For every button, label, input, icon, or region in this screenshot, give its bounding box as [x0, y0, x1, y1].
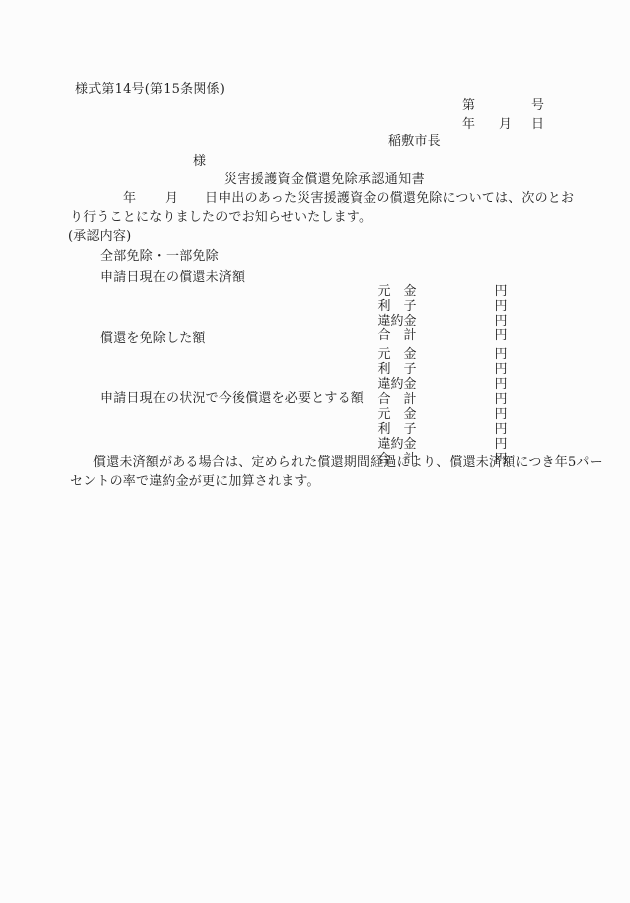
approval-heading: (承認内容)	[68, 229, 131, 245]
doc-number-prefix: 第	[462, 98, 475, 114]
note-line2: セントの率で違約金が更に加算されます。	[70, 474, 320, 490]
intro-line2: り行うことになりましたのでお知らせいたします。	[70, 210, 372, 226]
date-year-label: 年	[462, 117, 475, 133]
doc-number-suffix: 号	[531, 98, 544, 114]
issuer-name: 稲敷市長	[388, 134, 441, 150]
group-label-outstanding-balance: 申請日現在の償還未済額	[100, 270, 245, 286]
form-number: 様式第14号(第15条関係)	[75, 82, 225, 98]
exemption-options: 全部免除・一部免除	[100, 249, 219, 265]
group-label-exempted-amount: 償還を免除した額	[100, 331, 206, 347]
intro-line1: 日申出のあった災害援護資金の償還免除については、次のとお	[205, 191, 574, 207]
intro-month-label: 月	[165, 191, 178, 207]
date-month-label: 月	[499, 117, 512, 133]
note-line1: 償還未済額がある場合は、定められた償還期間経過により、償還未済額につき年5パー	[93, 455, 603, 471]
intro-year-label: 年	[123, 191, 136, 207]
date-day-label: 日	[531, 117, 544, 133]
document-title: 災害援護資金償還免除承認通知書	[224, 172, 425, 188]
group-label-future-repayment: 申請日現在の状況で今後償還を必要とする額	[100, 391, 364, 407]
document-page: 様式第14号(第15条関係) 第 号 年 月 日 稲敷市長 様 災害援護資金償還…	[0, 0, 630, 903]
addressee-honorific: 様	[193, 154, 206, 170]
